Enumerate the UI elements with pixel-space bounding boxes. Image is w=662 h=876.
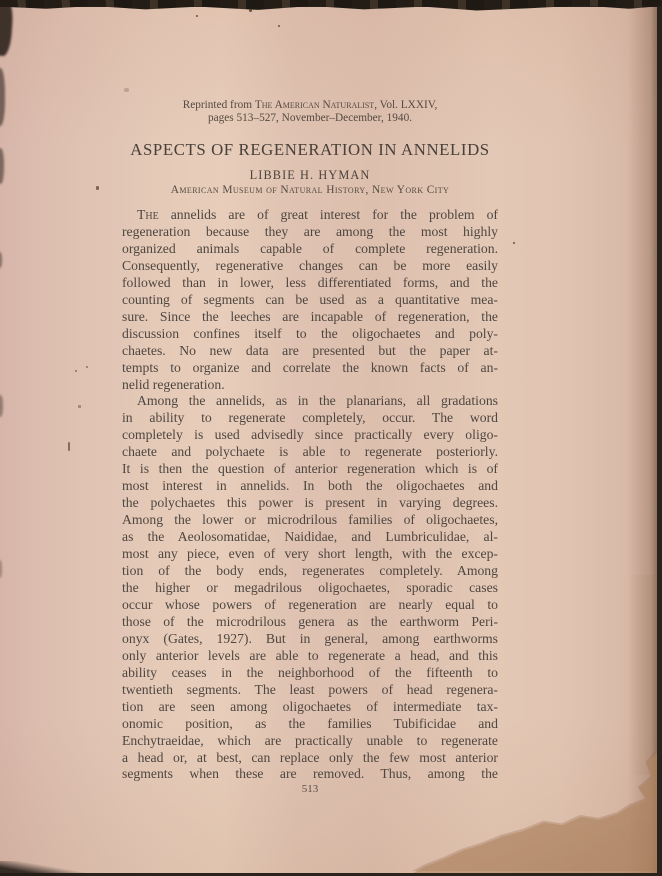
author-affiliation: American Museum of Natural History, New … — [122, 184, 498, 196]
body-line: as the Aeolosomatidae, Naididae, and Lum… — [122, 529, 498, 546]
body-line: completely is used advisedly since pract… — [122, 427, 498, 444]
body-line: Among the lower or microdrilous families… — [122, 512, 498, 529]
reprint-citation: Reprinted from The American Naturalist, … — [122, 99, 498, 125]
foxing-speck — [278, 25, 280, 27]
body-line: Among the annelids, as in the planarians… — [122, 393, 498, 410]
body-line: occur whose powers of regeneration are n… — [122, 597, 498, 614]
body-text: The annelids are of great interest for t… — [122, 207, 498, 783]
author-name: LIBBIE H. HYMAN — [122, 168, 498, 183]
article-title: ASPECTS OF REGENERATION IN ANNELIDS — [92, 140, 528, 160]
foxing-speck — [513, 242, 515, 244]
body-line: in ability to regenerate completely, occ… — [122, 410, 498, 427]
reprint-line-2: pages 513–527, November–December, 1940. — [122, 112, 498, 125]
foxing-speck — [196, 15, 198, 17]
foxing-speck — [78, 405, 81, 408]
body-line: Consequently, regenerative changes can b… — [122, 258, 498, 275]
foxing-speck — [124, 88, 129, 92]
body-line: The annelids are of great interest for t… — [122, 207, 498, 224]
body-line: most any piece, even of very short lengt… — [122, 546, 498, 563]
body-line: twentieth segments. The least powers of … — [122, 682, 498, 699]
small-caps-lead: The — [137, 207, 159, 222]
foxing-speck — [86, 366, 88, 368]
body-line: segments when these are removed. Thus, a… — [122, 766, 498, 783]
body-line: counting of segments can be used as a qu… — [122, 292, 498, 309]
body-line: tempts to organize and correlate the kno… — [122, 360, 498, 377]
journal-name: The American Naturalist — [255, 99, 374, 111]
body-line: those of the microdrilous genera as the … — [122, 614, 498, 631]
body-line: chaetes. No new data are presented but t… — [122, 343, 498, 360]
body-line: the higher or megadrilous oligochaetes, … — [122, 580, 498, 597]
body-line: It is then the question of anterior rege… — [122, 461, 498, 478]
foxing-speck — [249, 9, 252, 12]
body-line: followed than in lower, less differentia… — [122, 275, 498, 292]
body-line: tion of the body ends, regenerates compl… — [122, 563, 498, 580]
body-line: most interest in annelids. In both the o… — [122, 478, 498, 495]
reprint-line-1: Reprinted from The American Naturalist, … — [122, 99, 498, 112]
worn-corner — [0, 861, 86, 876]
body-line: organized animals capable of complete re… — [122, 241, 498, 258]
body-line: ability ceases in the neighborhood of th… — [122, 665, 498, 682]
page-number: 513 — [122, 783, 498, 795]
foxing-speck — [75, 370, 77, 372]
body-line: discussion confines itself to the oligoc… — [122, 326, 498, 343]
foxing-speck — [68, 442, 70, 451]
body-line: onyx (Gates, 1927). But in general, amon… — [122, 631, 498, 648]
body-line: chaete and polychaete is able to regener… — [122, 444, 498, 461]
body-line: onomic position, as the families Tubific… — [122, 716, 498, 733]
body-line: Enchytraeidae, which are practically una… — [122, 733, 498, 750]
body-line: the polychaetes this power is present in… — [122, 495, 498, 512]
foxing-speck — [96, 186, 99, 190]
body-line: a head or, at best, can replace only the… — [122, 750, 498, 767]
body-line: regeneration because they are among the … — [122, 224, 498, 241]
body-line: nelid regeneration. — [122, 377, 498, 394]
body-line: only anterior levels are able to regener… — [122, 648, 498, 665]
body-line: sure. Since the leeches are incapable of… — [122, 309, 498, 326]
body-line: tion are seen among oligochaetes of inte… — [122, 699, 498, 716]
scanned-page: Reprinted from The American Naturalist, … — [0, 0, 662, 876]
